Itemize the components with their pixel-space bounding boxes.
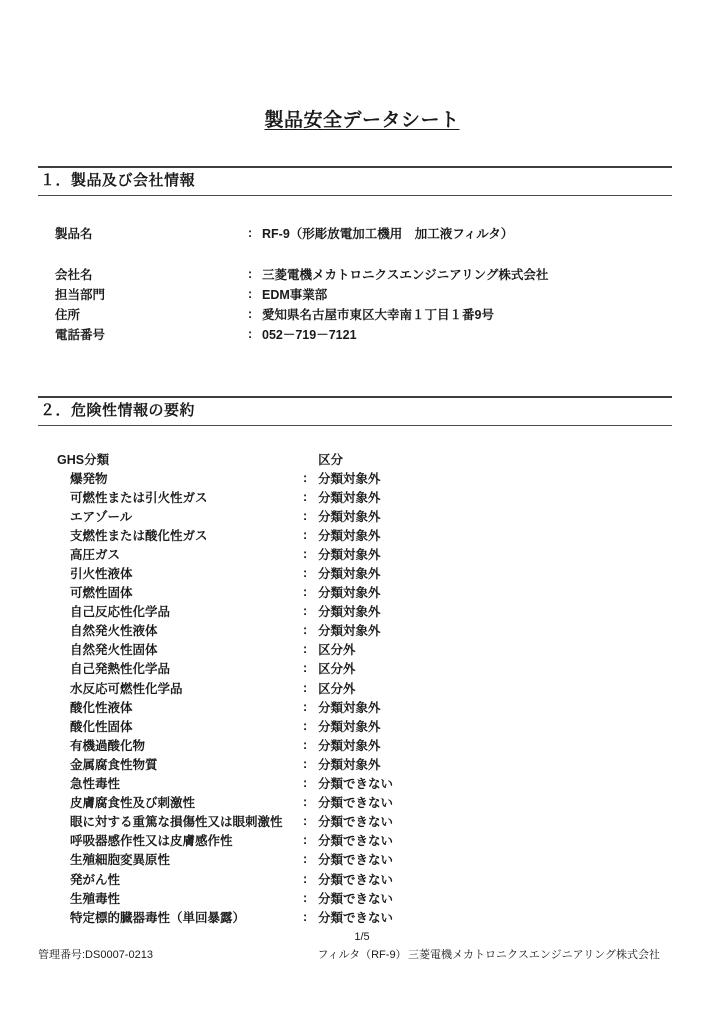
row-label: 可燃性または引火性ガス	[70, 488, 303, 506]
row-value: 分類対象外	[318, 736, 381, 754]
row-value: 分類対象外	[318, 507, 381, 525]
row-label: 生殖毒性	[70, 889, 303, 907]
row-value: 三菱電機メカトロニクスエンジニアリング株式会社	[262, 265, 548, 283]
row-value: 分類対象外	[318, 698, 381, 716]
row-colon: :	[303, 891, 318, 905]
section-hazard-summary: ２．危険性情報の要約 GHS分類 区分 爆発物:分類対象外可燃性または引火性ガス…	[38, 396, 672, 926]
row-value: RF-9（形彫放電加工機用 加工液フィルタ）	[262, 224, 513, 242]
table-row: 可燃性固体:分類対象外	[38, 583, 672, 602]
table-row: 自己発熱性化学品:区分外	[38, 659, 672, 678]
table-row: 住所:愛知県名古屋市東区大幸南１丁目１番9号	[38, 304, 672, 324]
table-row: 発がん性:分類できない	[38, 869, 672, 888]
table-row: 呼吸器感作性又は皮膚感作性:分類できない	[38, 831, 672, 850]
row-colon: :	[303, 700, 318, 714]
row-label: 自然発火性固体	[70, 640, 303, 658]
row-label: 担当部門	[55, 285, 248, 303]
row-label: 会社名	[55, 265, 248, 283]
row-label: 製品名	[55, 224, 248, 242]
table-row: 担当部門:EDM事業部	[38, 284, 672, 304]
row-value: 分類できない	[318, 870, 393, 888]
row-value: 愛知県名古屋市東区大幸南１丁目１番9号	[262, 305, 494, 323]
row-label: 眼に対する重篤な損傷性又は眼刺激性	[70, 812, 303, 830]
row-colon: :	[303, 872, 318, 886]
row-colon: :	[303, 776, 318, 790]
row-label: 爆発物	[70, 469, 303, 487]
row-value: EDM事業部	[262, 285, 327, 303]
page-number: 1/5	[0, 930, 724, 944]
table-row: 会社名:三菱電機メカトロニクスエンジニアリング株式会社	[38, 264, 672, 284]
row-label: 高圧ガス	[70, 545, 303, 563]
row-colon: :	[303, 547, 318, 561]
row-colon: :	[248, 267, 262, 281]
row-value: 分類対象外	[318, 545, 381, 563]
row-label: 金属腐食性物質	[70, 755, 303, 773]
row-colon: :	[303, 509, 318, 523]
section-heading-hazard: ２．危険性情報の要約	[38, 396, 672, 426]
row-label: 水反応可燃性化学品	[70, 679, 303, 697]
table-row: 有機過酸化物:分類対象外	[38, 735, 672, 754]
row-colon: :	[303, 814, 318, 828]
table-row: 支燃性または酸化性ガス:分類対象外	[38, 525, 672, 544]
row-value: 分類できない	[318, 908, 393, 926]
row-value: 分類対象外	[318, 488, 381, 506]
row-value: 分類対象外	[318, 717, 381, 735]
row-value: 分類対象外	[318, 621, 381, 639]
ghs-classification-list: 爆発物:分類対象外可燃性または引火性ガス:分類対象外エアゾール:分類対象外支燃性…	[38, 468, 672, 926]
row-label: 自己反応性化学品	[70, 602, 303, 620]
row-value: 区分外	[318, 640, 356, 658]
sds-document-page: 製品安全データシート １．製品及び会社情報 製品名:RF-9（形彫放電加工機用 …	[0, 0, 724, 1024]
table-row: 金属腐食性物質:分類対象外	[38, 754, 672, 773]
row-label: 自然発火性液体	[70, 621, 303, 639]
row-label: 酸化性液体	[70, 698, 303, 716]
row-value: 分類できない	[318, 831, 393, 849]
row-colon: :	[248, 327, 262, 341]
row-label: 有機過酸化物	[70, 736, 303, 754]
table-row: エアゾール:分類対象外	[38, 506, 672, 525]
table-row: 自己反応性化学品:分類対象外	[38, 602, 672, 621]
table-row: 皮膚腐食性及び刺激性:分類できない	[38, 793, 672, 812]
table-row: 製品名:RF-9（形彫放電加工機用 加工液フィルタ）	[38, 223, 672, 243]
table-row: 自然発火性液体:分類対象外	[38, 621, 672, 640]
row-label: 急性毒性	[70, 774, 303, 792]
section-heading-product: １．製品及び会社情報	[38, 166, 672, 196]
row-value: 分類対象外	[318, 469, 381, 487]
row-colon: :	[303, 852, 318, 866]
row-label: 支燃性または酸化性ガス	[70, 526, 303, 544]
row-colon: :	[303, 833, 318, 847]
table-row: 自然発火性固体:区分外	[38, 640, 672, 659]
row-colon: :	[248, 307, 262, 321]
row-colon: :	[303, 795, 318, 809]
page-title: 製品安全データシート	[0, 109, 724, 133]
row-colon: :	[303, 910, 318, 924]
table-row: 生殖細胞変異原性:分類できない	[38, 850, 672, 869]
row-value: 分類できない	[318, 850, 393, 868]
ghs-column-classification: GHS分類	[57, 450, 318, 468]
row-colon: :	[248, 226, 262, 240]
row-label: 発がん性	[70, 870, 303, 888]
row-colon: :	[303, 738, 318, 752]
row-colon: :	[303, 661, 318, 675]
product-info-list: 製品名:RF-9（形彫放電加工機用 加工液フィルタ）会社名:三菱電機メカトロニク…	[38, 223, 672, 344]
table-row: 可燃性または引火性ガス:分類対象外	[38, 487, 672, 506]
row-colon: :	[303, 719, 318, 733]
row-colon: :	[303, 681, 318, 695]
row-value: 区分外	[318, 679, 356, 697]
row-label: 電話番号	[55, 325, 248, 343]
row-value: 分類対象外	[318, 583, 381, 601]
row-label: 呼吸器感作性又は皮膚感作性	[70, 831, 303, 849]
table-row: 急性毒性:分類できない	[38, 774, 672, 793]
row-label: 自己発熱性化学品	[70, 659, 303, 677]
row-value: 分類対象外	[318, 526, 381, 544]
row-colon: :	[303, 471, 318, 485]
table-row: 高圧ガス:分類対象外	[38, 544, 672, 563]
row-colon: :	[303, 566, 318, 580]
table-row: 眼に対する重篤な損傷性又は眼刺激性:分類できない	[38, 812, 672, 831]
row-value: 分類対象外	[318, 602, 381, 620]
row-value: 分類対象外	[318, 755, 381, 773]
row-label: 可燃性固体	[70, 583, 303, 601]
page-footer: 管理番号:DS0007-0213 フィルタ（RF-9） 三菱電機メカトロニクスエ…	[0, 948, 724, 964]
row-label: 生殖細胞変異原性	[70, 850, 303, 868]
row-value: 052－719－7121	[262, 325, 357, 343]
row-colon: :	[303, 585, 318, 599]
row-value: 分類できない	[318, 793, 393, 811]
row-label: 特定標的臓器毒性（単回暴露）	[70, 908, 303, 926]
row-colon: :	[303, 528, 318, 542]
row-colon: :	[303, 490, 318, 504]
row-colon: :	[303, 642, 318, 656]
row-colon: :	[303, 604, 318, 618]
row-colon: :	[248, 287, 262, 301]
table-row: 酸化性固体:分類対象外	[38, 716, 672, 735]
row-value: 分類できない	[318, 774, 393, 792]
table-row: 電話番号:052－719－7121	[38, 324, 672, 344]
row-value: 分類できない	[318, 812, 393, 830]
row-label: エアゾール	[70, 507, 303, 525]
row-colon: :	[303, 623, 318, 637]
table-row: 生殖毒性:分類できない	[38, 888, 672, 907]
row-label: 酸化性固体	[70, 717, 303, 735]
row-label: 皮膚腐食性及び刺激性	[70, 793, 303, 811]
table-row: 爆発物:分類対象外	[38, 468, 672, 487]
row-label: 引火性液体	[70, 564, 303, 582]
row-value: 分類できない	[318, 889, 393, 907]
ghs-table-header: GHS分類 区分	[38, 449, 672, 468]
row-colon: :	[303, 757, 318, 771]
section-product-company: １．製品及び会社情報 製品名:RF-9（形彫放電加工機用 加工液フィルタ）会社名…	[38, 166, 672, 344]
row-label: 住所	[55, 305, 248, 323]
table-row: 水反応可燃性化学品:区分外	[38, 678, 672, 697]
row-value: 分類対象外	[318, 564, 381, 582]
table-row: 引火性液体:分類対象外	[38, 563, 672, 582]
table-row: 酸化性液体:分類対象外	[38, 697, 672, 716]
ghs-column-category: 区分	[318, 450, 343, 468]
footer-company-name: 三菱電機メカトロニクスエンジニアリング株式会社	[408, 948, 660, 963]
table-row: 特定標的臓器毒性（単回暴露）:分類できない	[38, 907, 672, 926]
row-value: 区分外	[318, 659, 356, 677]
